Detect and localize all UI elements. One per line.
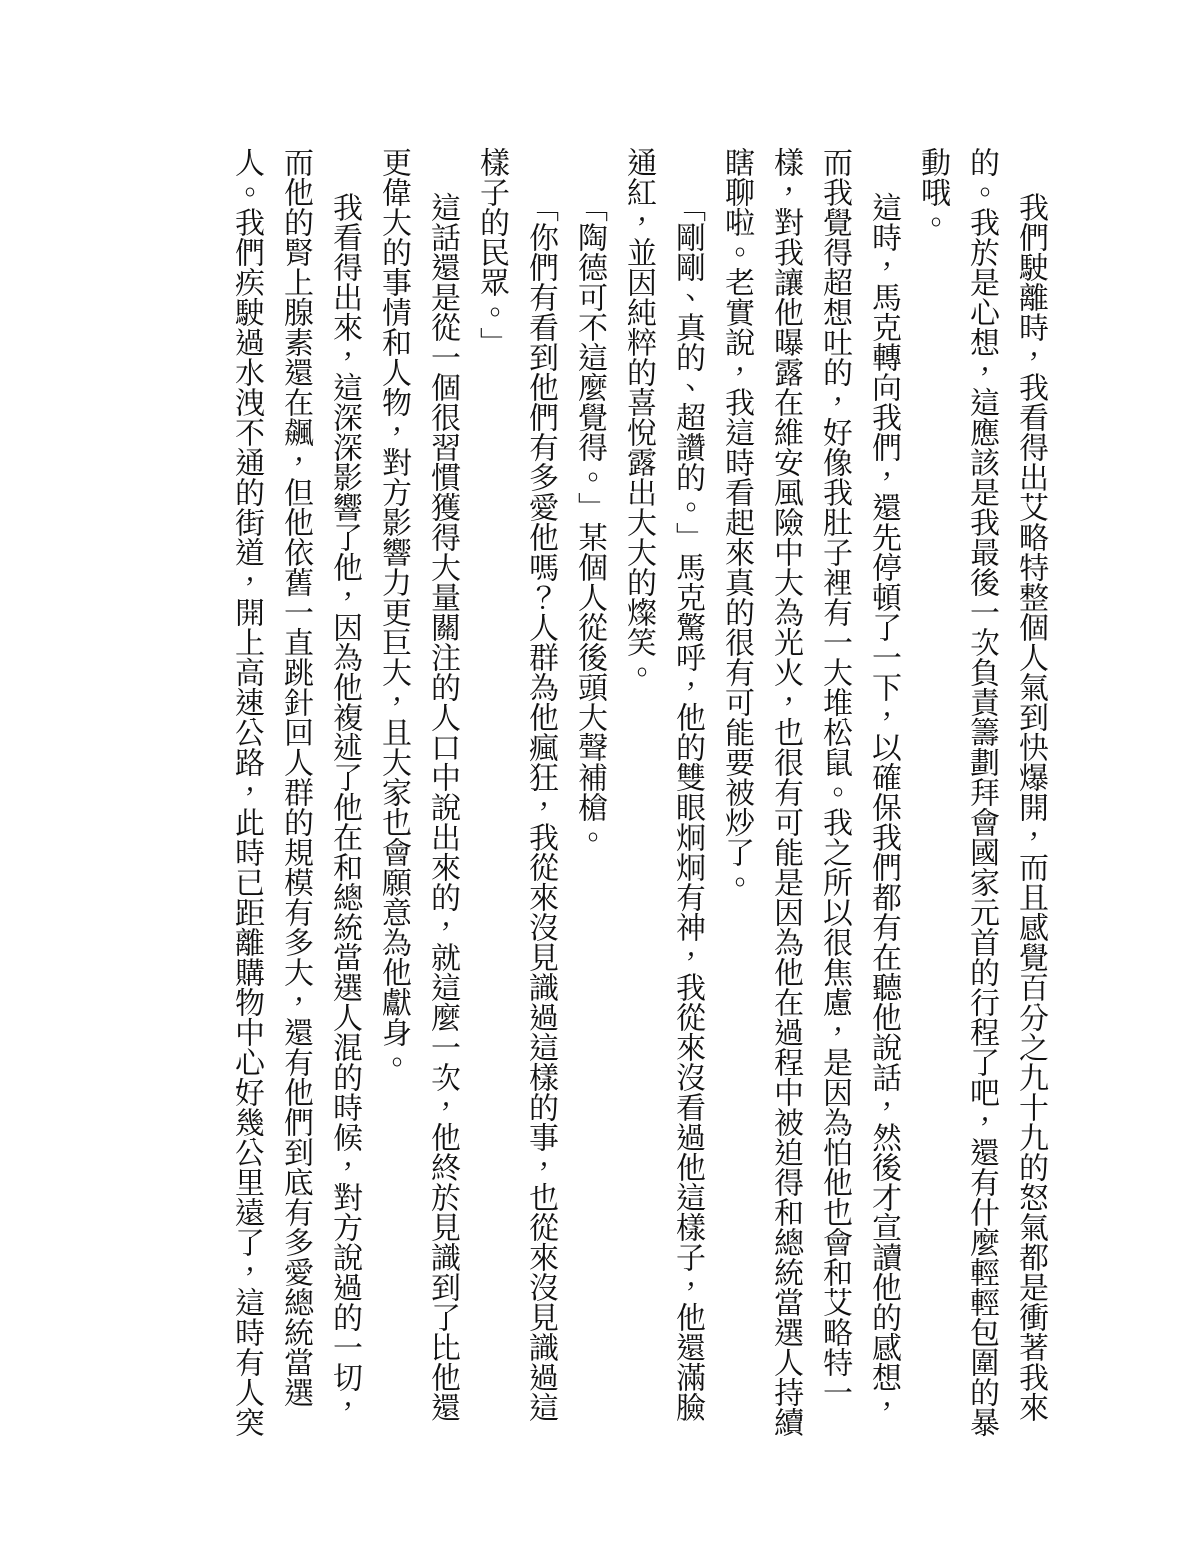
paragraph-7: 我看得出來，這深深影響了他，因為他複述了他在和總統當選人混的時候，對方說過的一切…: [222, 147, 369, 1443]
paragraph-3: 「剛剛、真的、超讚的。」馬克驚呼，他的雙眼炯炯有神，我從來沒看過他這樣子，他還滿…: [614, 147, 712, 1443]
paragraph-4: 「陶德可不這麼覺得。」某個人從後頭大聲補槍。: [565, 147, 614, 1443]
paragraph-6: 這話還是從一個很習慣獲得大量關注的人口中說出來的，就這麼一次，他終於見識到了比他…: [369, 147, 467, 1443]
paragraph-1: 我們駛離時，我看得出艾略特整個人氣到快爆開，而且感覺百分之九十九的怒氣都是衝著我…: [908, 147, 1055, 1443]
book-page: 我們駛離時，我看得出艾略特整個人氣到快爆開，而且感覺百分之九十九的怒氣都是衝著我…: [0, 0, 1200, 1553]
paragraph-2: 這時，馬克轉向我們，還先停頓了一下，以確保我們都有在聽他說話，然後才宣讀他的感想…: [712, 147, 908, 1443]
page-text: 我們駛離時，我看得出艾略特整個人氣到快爆開，而且感覺百分之九十九的怒氣都是衝著我…: [222, 147, 1055, 1443]
paragraph-5: 「你們有看到他們有多愛他嗎？人群為他瘋狂，我從來沒見識過這樣的事，也從來沒見識過…: [467, 147, 565, 1443]
